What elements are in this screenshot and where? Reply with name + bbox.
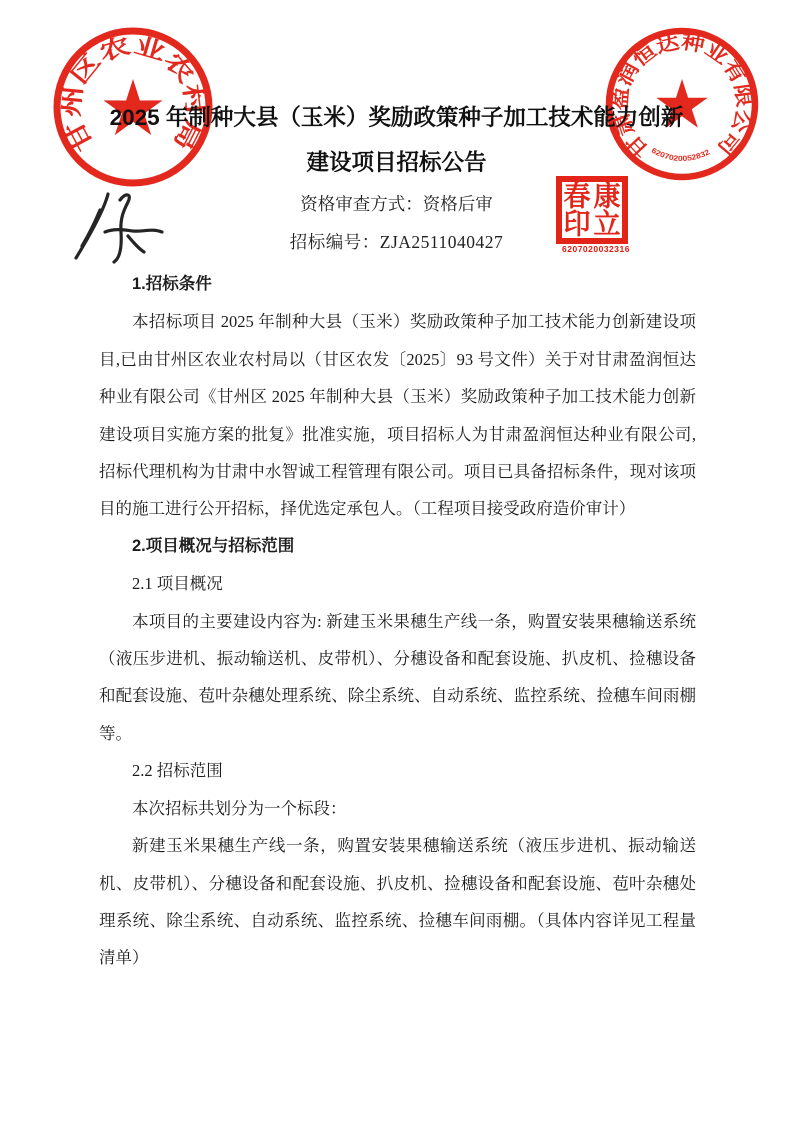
document-title-line1: 2025 年制种大县（玉米）奖励政策种子加工技术能力创新: [0, 103, 793, 133]
section-2-1-paragraph: 本项目的主要建设内容为: 新建玉米果穗生产线一条，购置安装果穗输送系统（液压步进…: [99, 603, 696, 753]
qualification-review-method: 资格审查方式：资格后审: [0, 192, 793, 216]
tender-announcement-page: 甘州区农业农村局 甘肃盈润恒达种业有限公司 6207020052832 春 康 …: [0, 0, 793, 1122]
section-2-2-heading: 2.2 招标范围: [99, 752, 696, 789]
section-2-2-scope-paragraph: 新建玉米果穗生产线一条，购置安装果穗输送系统（液压步进机、振动输送机、皮带机）、…: [99, 827, 696, 977]
section-1-heading: 1.招标条件: [99, 266, 696, 303]
document-title-line2: 建设项目招标公告: [0, 148, 793, 178]
section-2-heading: 2.项目概况与招标范围: [99, 528, 696, 565]
section-2-1-heading: 2.1 项目概况: [99, 565, 696, 602]
document-body: 1.招标条件 本招标项目 2025 年制种大县（玉米）奖励政策种子加工技术能力创…: [99, 266, 696, 977]
section-1-paragraph: 本招标项目 2025 年制种大县（玉米）奖励政策种子加工技术能力创新建设项目,已…: [99, 303, 696, 527]
tender-number: 招标编号：ZJA2511040427: [0, 230, 793, 254]
section-2-2-intro-paragraph: 本次招标共划分为一个标段：: [99, 790, 696, 827]
